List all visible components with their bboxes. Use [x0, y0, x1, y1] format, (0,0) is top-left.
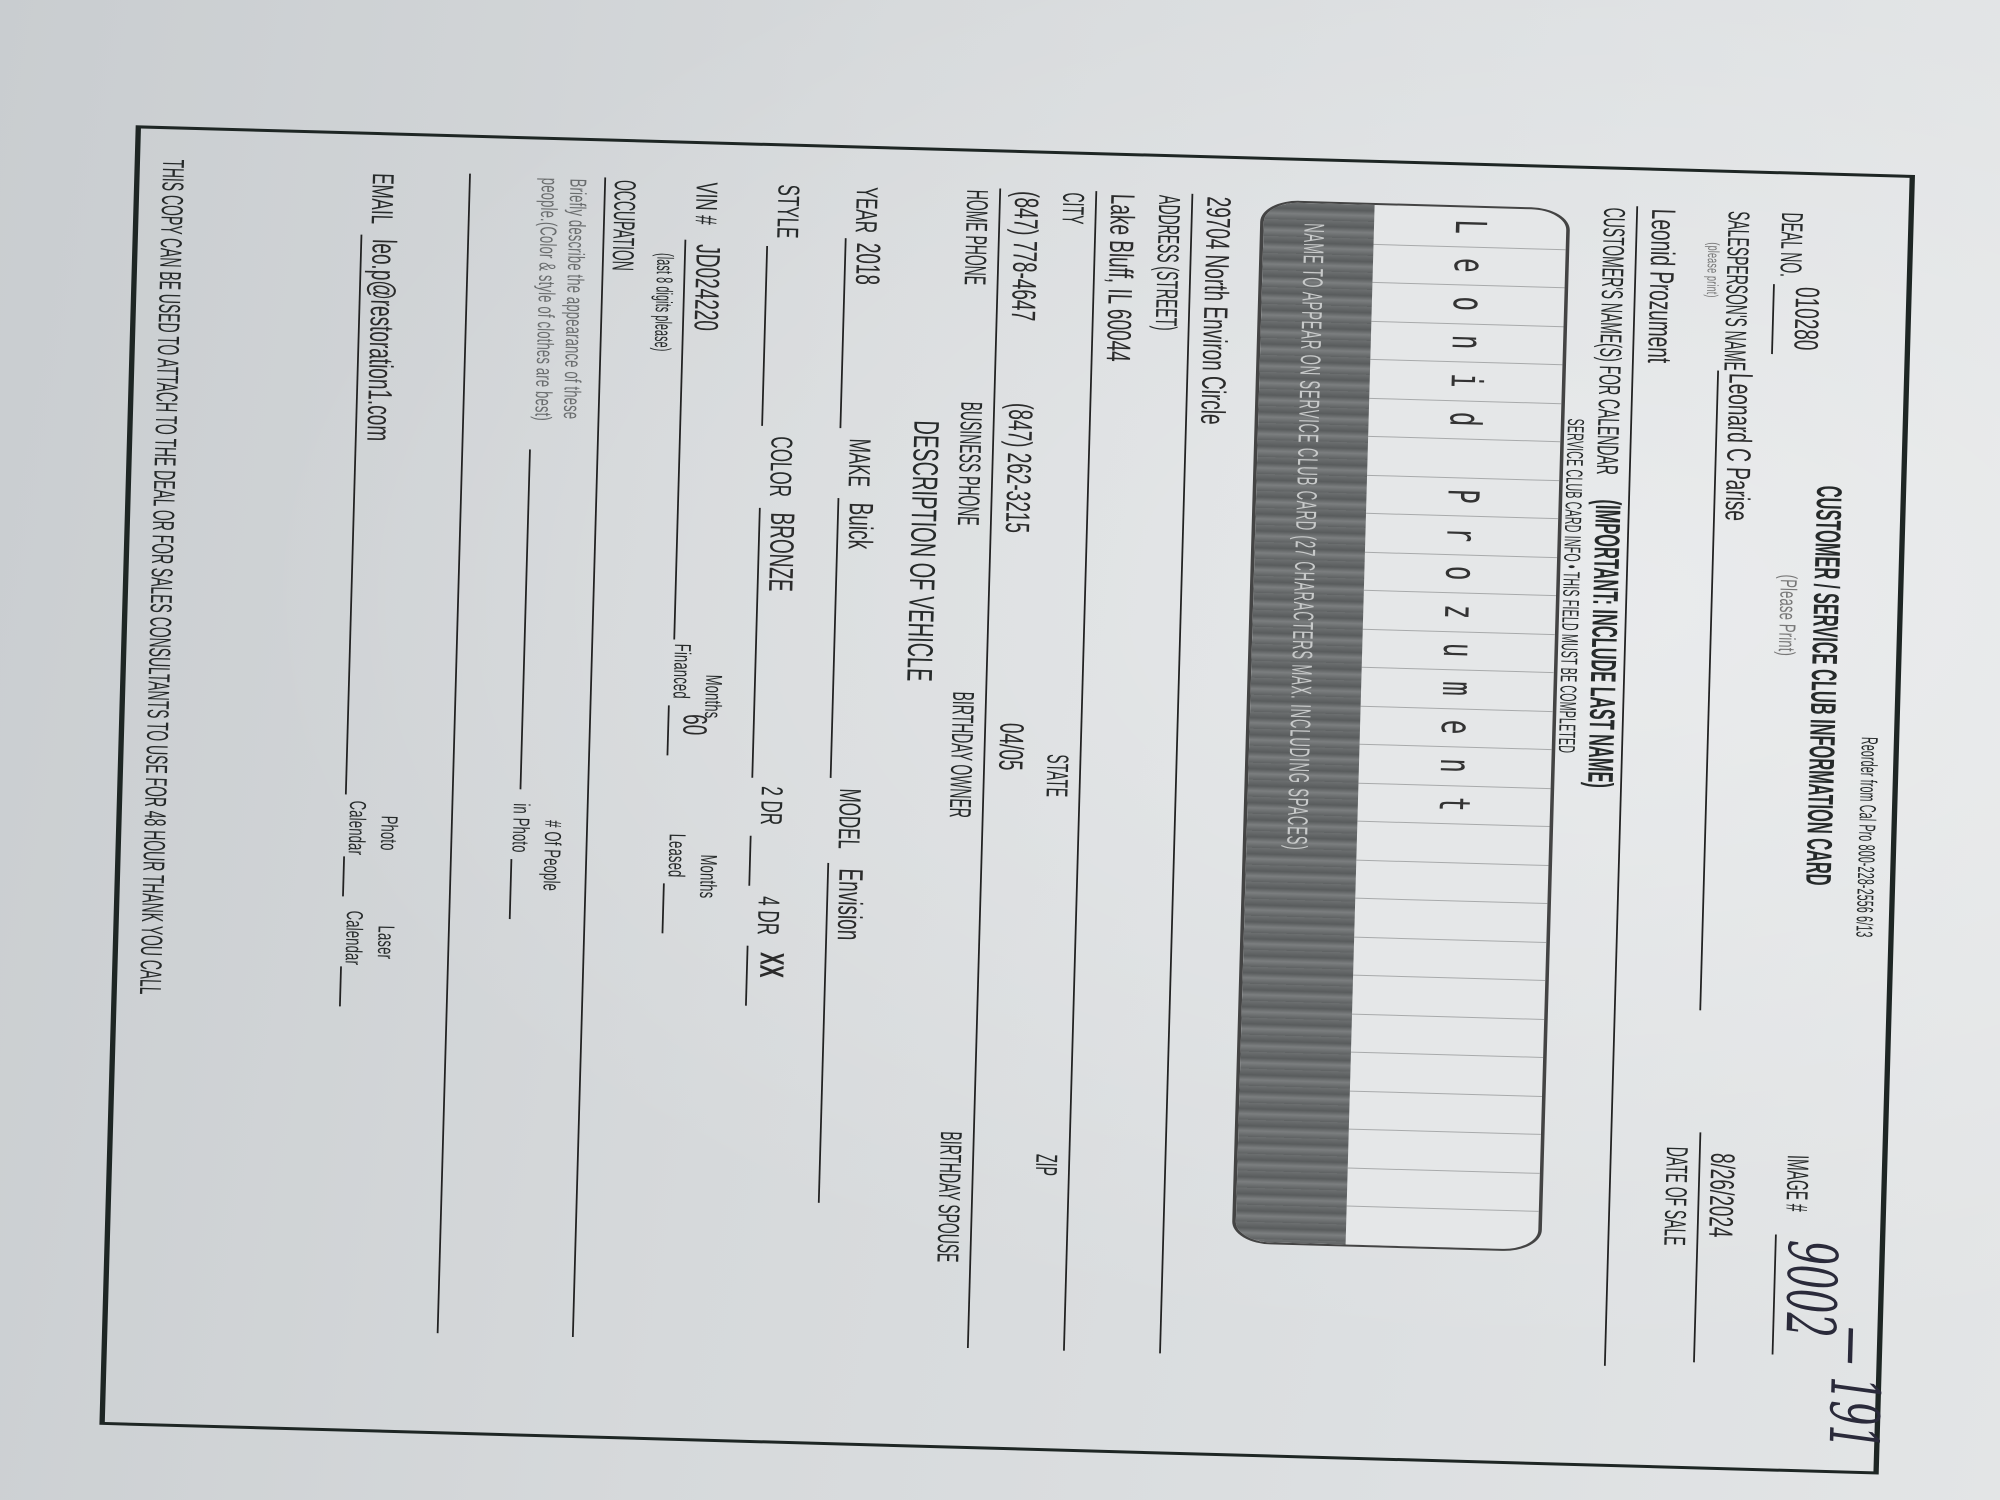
street-line — [1159, 194, 1193, 1354]
customer-calendar-label: CUSTOMER'S NAME(S) FOR CALENDAR — [1588, 207, 1631, 475]
home-phone-value[interactable]: (847) 778-4647 — [1001, 191, 1044, 322]
four-door-label: 4 DR — [749, 896, 786, 936]
birthday-owner-value[interactable]: 04/05 — [988, 722, 1028, 771]
four-door-line — [745, 946, 748, 1006]
card-char-cell[interactable]: n — [1358, 744, 1551, 789]
photo-calendar-label-2: Calendar — [343, 800, 371, 855]
card-character-cells[interactable]: Leonid Prozument — [1346, 205, 1567, 1250]
vin-note: (last 8 digits please) — [649, 253, 678, 352]
appearance-prompt-1: Briefly describe the appearance of these — [558, 178, 591, 419]
year-value[interactable]: 2018 — [845, 242, 885, 285]
months-financed-label-1: Months — [700, 674, 728, 719]
card-char-cell[interactable]: o — [1364, 551, 1557, 596]
make-value[interactable]: Buick — [838, 502, 878, 550]
salesperson-label: SALESPERSON'S NAME — [1715, 211, 1755, 372]
people-label-1: # Of People — [538, 820, 567, 892]
appearance-prompt-2: people.(Color & style of clothes are bes… — [530, 178, 563, 422]
appearance-line[interactable] — [520, 449, 531, 789]
card-char-cell[interactable]: z — [1363, 590, 1556, 635]
two-door-label: 2 DR — [752, 786, 789, 826]
photo-calendar-label-1: Photo — [375, 815, 403, 851]
zip-label: ZIP — [1027, 1154, 1063, 1177]
city-label: CITY — [1054, 192, 1090, 225]
date-of-sale-line — [1693, 1132, 1701, 1362]
card-char-cell[interactable] — [1350, 1052, 1543, 1097]
card-char-cell[interactable] — [1348, 1129, 1541, 1174]
card-char-cell[interactable] — [1347, 1167, 1540, 1212]
deal-line — [1771, 284, 1775, 354]
birthday-spouse-label: BIRTHDAY SPOUSE — [928, 1131, 967, 1263]
make-label: MAKE — [840, 438, 877, 487]
people-line[interactable] — [509, 859, 512, 919]
card-char-cell[interactable] — [1353, 936, 1546, 981]
card-char-cell[interactable] — [1352, 975, 1545, 1020]
state-label: STATE — [1038, 754, 1075, 798]
customer-name-value[interactable]: Leonid Prozument — [1637, 208, 1680, 363]
card-char-cell[interactable] — [1354, 898, 1547, 943]
people-label-2: in Photo — [507, 803, 535, 853]
email-label: EMAIL — [363, 173, 400, 225]
year-label: YEAR — [847, 186, 884, 233]
business-phone-value[interactable]: (847) 262-3215 — [995, 403, 1038, 534]
business-phone-label: BUSINESS PHONE — [949, 401, 988, 526]
card-char-cell[interactable]: u — [1362, 628, 1555, 673]
card-strip-text: NAME TO APPEAR ON SERVICE CLUB CARD (27 … — [1278, 223, 1328, 851]
photo-calendar-line[interactable] — [342, 856, 345, 896]
salesperson-sublabel: (please print) — [1703, 242, 1722, 298]
laser-calendar-label-2: Calendar — [340, 910, 368, 965]
card-char-cell[interactable]: i — [1369, 359, 1562, 404]
service-club-card-photo: Reorder from Cal Pro 800-228-2556 6/13 —… — [99, 125, 1915, 1474]
color-value[interactable]: BRONZE — [758, 512, 799, 592]
occupation-label: OCCUPATION — [604, 179, 642, 271]
card-char-cell[interactable] — [1367, 436, 1560, 481]
model-value[interactable]: Envision — [827, 868, 868, 941]
please-print-note: (Please Print) — [1773, 574, 1802, 656]
vehicle-section-title: DESCRIPTION OF VEHICLE — [897, 420, 945, 682]
vin-label: VIN # — [687, 182, 724, 226]
appearance-line-2[interactable] — [437, 174, 471, 1334]
form-title: CUSTOMER / SERVICE CLUB INFORMATION CARD — [1795, 485, 1847, 886]
date-of-sale-label: DATE OF SALE — [1655, 1146, 1693, 1246]
card-char-cell[interactable] — [1356, 821, 1549, 866]
information-card-form: Reorder from Cal Pro 800-228-2556 6/13 —… — [99, 125, 1915, 1474]
four-door-value[interactable]: XX — [749, 952, 789, 978]
card-char-cell[interactable]: e — [1372, 243, 1565, 288]
city-value[interactable]: Lake Bluff, IL 60044 — [1096, 193, 1140, 362]
style-line — [761, 246, 768, 426]
image-label: IMAGE # — [1777, 1155, 1814, 1213]
home-phone-label: HOME PHONE — [956, 189, 994, 285]
two-door-line — [748, 836, 751, 886]
deal-label: DEAL NO. — [1771, 212, 1808, 278]
image-value[interactable]: 9002 — [1770, 1239, 1851, 1338]
card-char-cell[interactable]: o — [1371, 282, 1564, 327]
card-char-cell[interactable]: m — [1361, 667, 1554, 712]
service-club-card-field[interactable]: Leonid Prozument NAME TO APPEAR ON SERVI… — [1232, 200, 1571, 1252]
color-label: COLOR — [761, 436, 798, 497]
card-char-cell[interactable] — [1346, 1206, 1539, 1251]
card-char-cell[interactable]: e — [1360, 705, 1553, 750]
footer-note: THIS COPY CAN BE USED TO ATTACH TO THE D… — [131, 159, 190, 995]
months-leased-line — [662, 883, 665, 933]
card-char-cell[interactable] — [1351, 1013, 1544, 1058]
street-label: ADDRESS (STREET) — [1147, 195, 1186, 331]
months-financed-line — [667, 705, 670, 755]
birthday-owner-label: BIRTHDAY OWNER — [941, 691, 980, 818]
card-char-cell[interactable]: L — [1374, 205, 1567, 250]
handwritten-number: — 191 — [1814, 1326, 1896, 1451]
laser-calendar-label-1: Laser — [372, 925, 400, 959]
street-value[interactable]: 29704 North Environ Circle — [1190, 196, 1236, 425]
reorder-note: Reorder from Cal Pro 800-228-2556 6/13 — [1851, 737, 1883, 938]
months-leased-label-1: Months — [695, 854, 723, 899]
card-char-cell[interactable] — [1355, 859, 1548, 904]
salesperson-value[interactable]: Leonard C Parise — [1715, 373, 1758, 522]
date-of-sale-value[interactable]: 8/26/2024 — [1698, 1152, 1740, 1238]
card-char-cell[interactable]: d — [1368, 397, 1561, 442]
card-char-cell[interactable]: t — [1357, 782, 1550, 827]
card-char-cell[interactable]: P — [1366, 474, 1559, 519]
card-char-cell[interactable]: n — [1370, 320, 1563, 365]
laser-calendar-line[interactable] — [339, 966, 342, 1006]
style-label: STYLE — [768, 184, 805, 239]
card-char-cell[interactable]: r — [1365, 513, 1558, 558]
model-label: MODEL — [830, 788, 867, 849]
months-financed-value[interactable]: 60 — [672, 714, 712, 736]
months-leased-label-2: Leased — [663, 833, 691, 878]
deal-value[interactable]: 010280 — [1784, 286, 1825, 350]
months-financed-label-2: Financed — [668, 643, 696, 699]
vin-value[interactable]: JD024220 — [684, 244, 726, 332]
card-char-cell[interactable] — [1349, 1090, 1542, 1135]
email-value[interactable]: leo.p@restoration1.com — [357, 239, 402, 442]
